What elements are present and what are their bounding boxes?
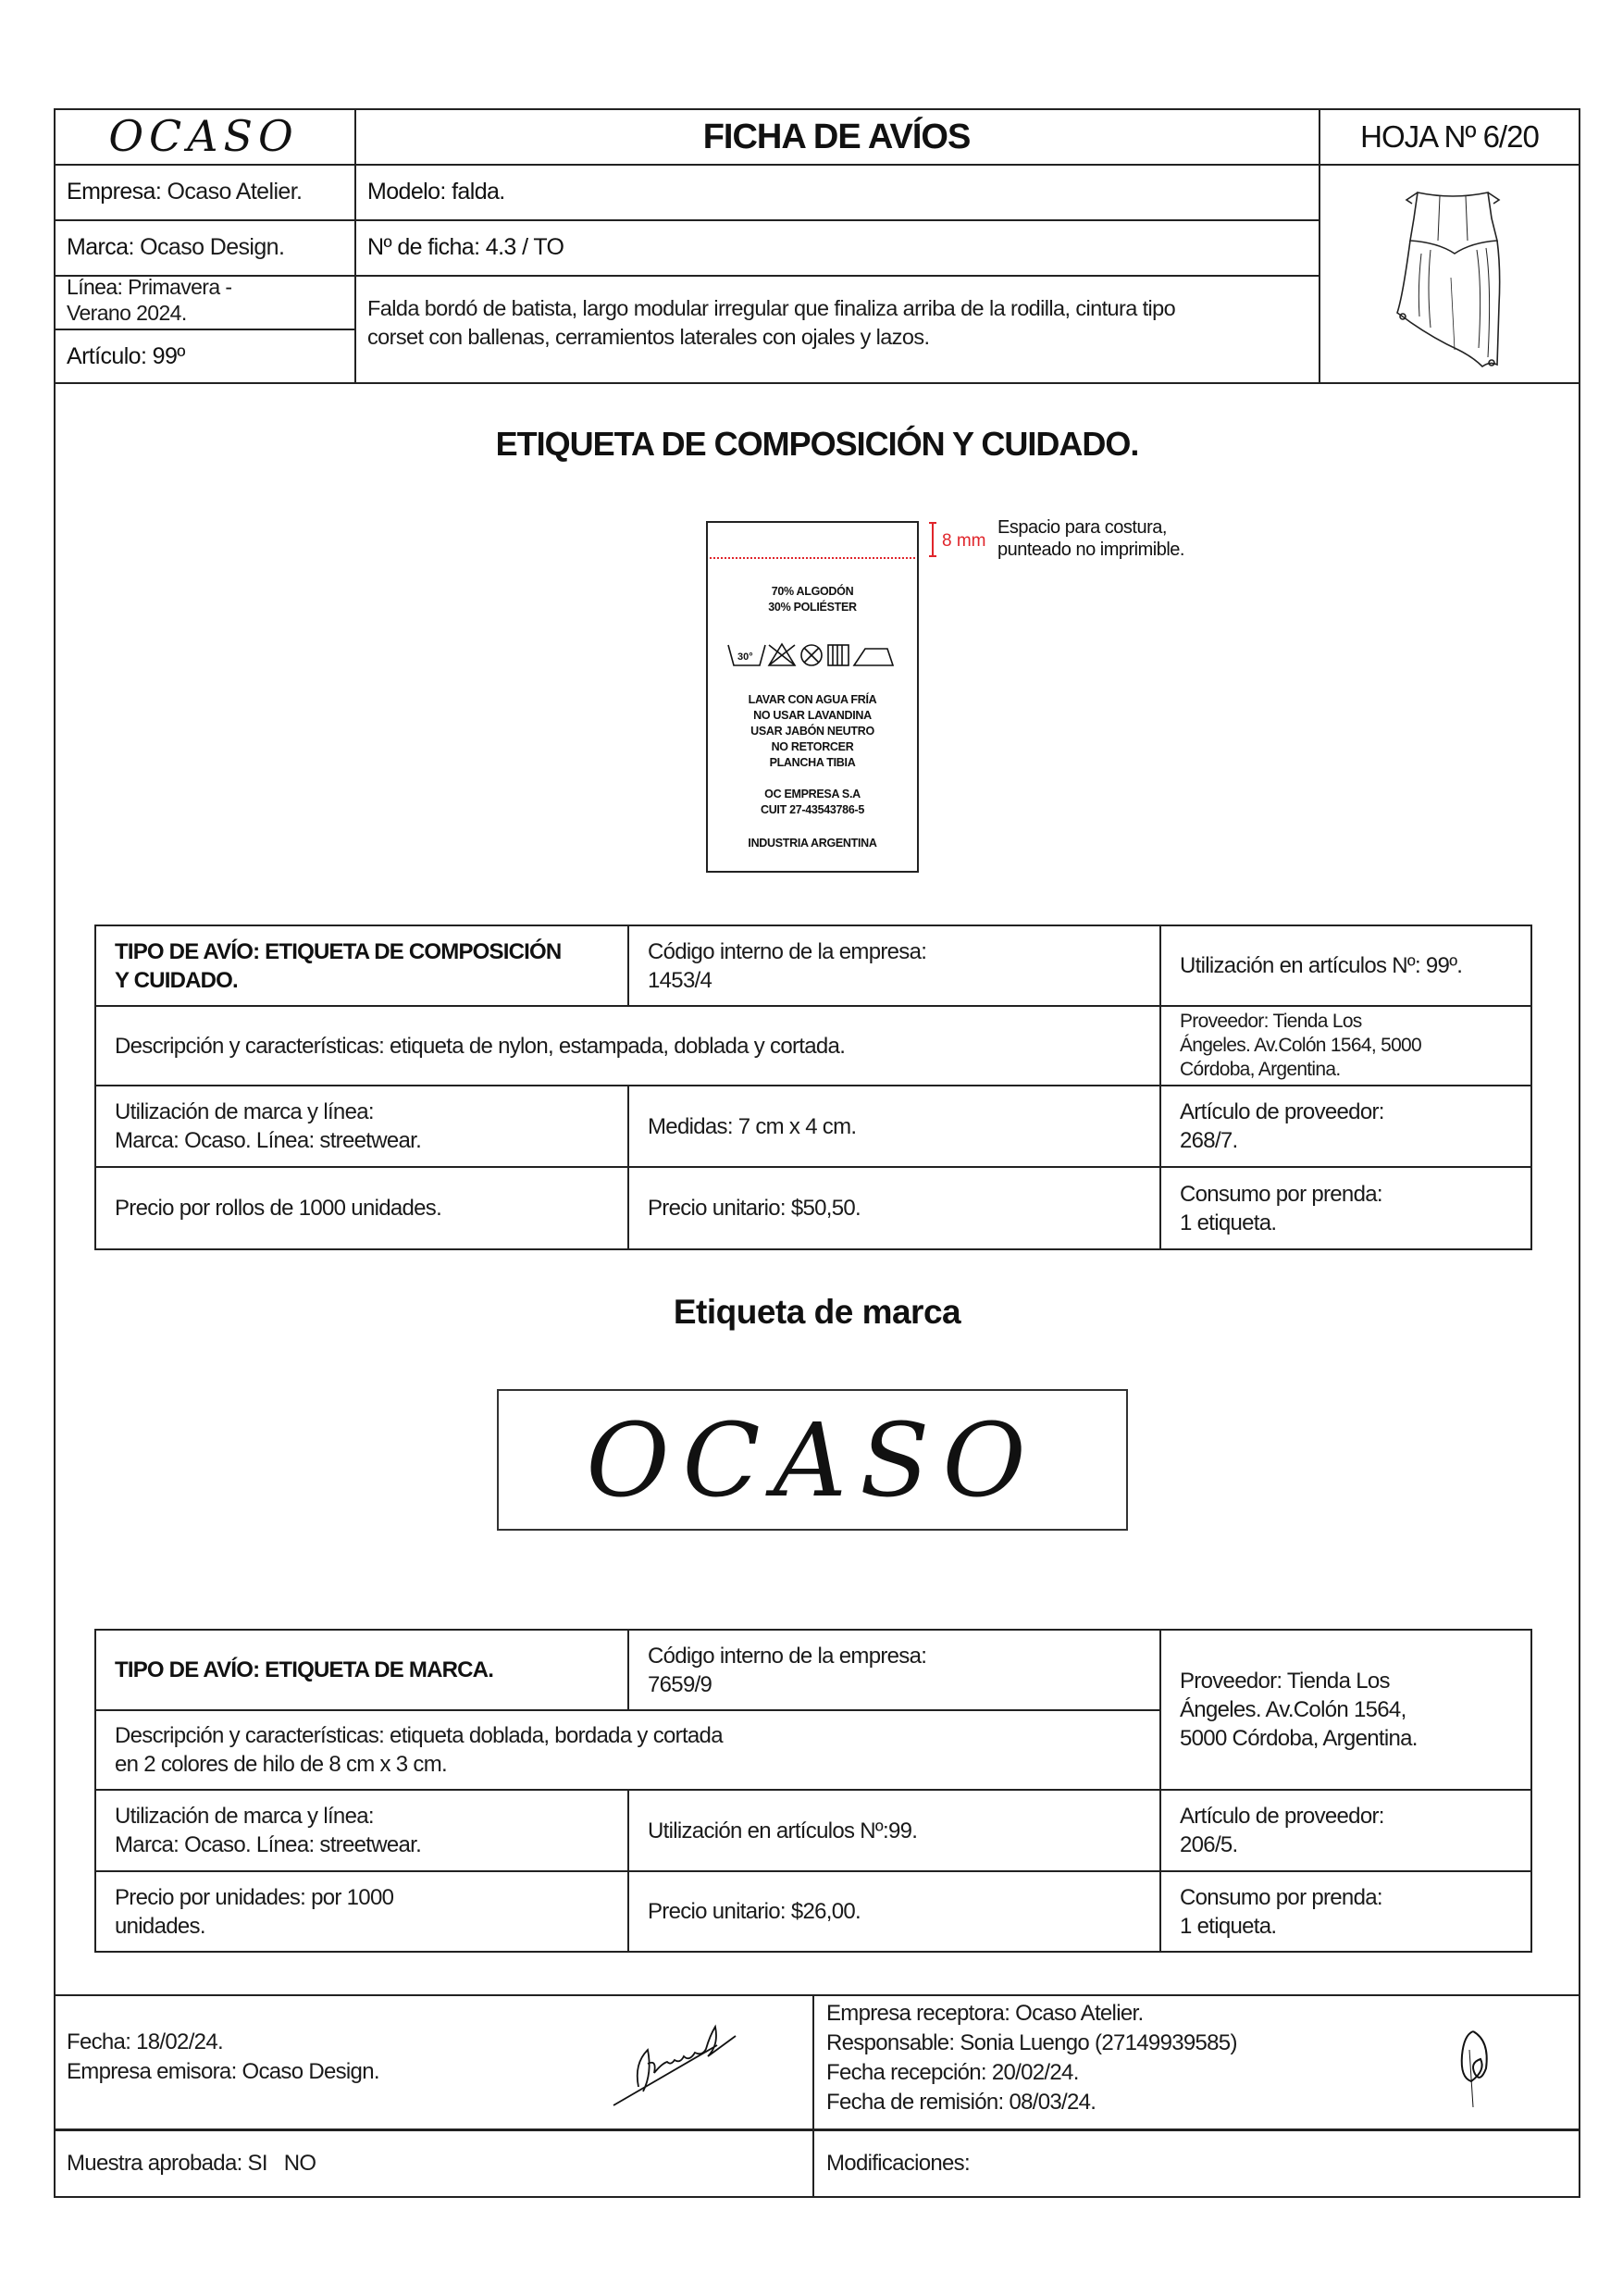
- issuer-signature-icon: [606, 2008, 745, 2110]
- care-section-title: ETIQUETA DE COMPOSICIÓN Y CUIDADO.: [54, 421, 1580, 467]
- ficha-field: Nº de ficha: 4.3 / TO: [367, 233, 564, 261]
- marca-value: Ocaso Design.: [140, 234, 284, 260]
- modelo-field: Modelo: falda.: [367, 178, 505, 205]
- seam-measure: 8 mm: [942, 531, 986, 552]
- seam-measure-bracket: [928, 522, 937, 557]
- company-cuit: CUIT 27-43543786-5: [708, 802, 917, 818]
- brand-logo: OCASO: [93, 108, 315, 164]
- articulo-proveedor-cell: Artículo de proveedor:206/5.: [1160, 1790, 1531, 1871]
- care-instruction: PLANCHA TIBIA: [708, 755, 917, 771]
- divider: [54, 164, 1580, 166]
- remission-date: Fecha de remisión: 08/03/24.: [826, 2088, 1237, 2117]
- seam-note: Espacio para costura, punteado no imprim…: [997, 516, 1184, 561]
- origin-text: INDUSTRIA ARGENTINA: [708, 836, 917, 851]
- table-row: Utilización de marca y línea:Marca: Ocas…: [95, 1086, 1531, 1167]
- proveedor-cell: Proveedor: Tienda LosÁngeles. Av.Colón 1…: [1160, 1006, 1531, 1086]
- reception-date: Fecha recepción: 20/02/24.: [826, 2058, 1237, 2088]
- marca-label: Marca:: [67, 234, 134, 260]
- care-symbols: 30°: [726, 641, 902, 669]
- care-instruction: LAVAR CON AGUA FRÍA: [708, 692, 917, 708]
- marca-linea-cell: Utilización de marca y línea:Marca: Ocas…: [95, 1086, 628, 1167]
- linea-field: Línea: Primavera - Verano 2024.: [67, 274, 231, 326]
- linea-label: Línea:: [67, 275, 122, 299]
- composition-line: 30% POLIÉSTER: [708, 600, 917, 615]
- seam-note-line: punteado no imprimible.: [997, 539, 1184, 561]
- precio-cell: Precio por unidades: por 1000unidades.: [95, 1871, 628, 1952]
- codigo-cell: Código interno de la empresa:7659/9: [628, 1630, 1160, 1710]
- description-line: corset con ballenas, cerramientos latera…: [367, 323, 1175, 352]
- linea-value-2: Verano 2024.: [67, 300, 231, 326]
- issuer-info: Fecha: 18/02/24. Empresa emisora: Ocaso …: [67, 2028, 379, 2087]
- precio-unitario-cell: Precio unitario: $26,00.: [628, 1871, 1160, 1952]
- model-description: Falda bordó de batista, largo modular ir…: [367, 294, 1175, 352]
- modifications-field: Modificaciones:: [826, 2149, 970, 2178]
- issuer-company: Empresa emisora: Ocaso Design.: [67, 2057, 379, 2087]
- care-instruction: NO RETORCER: [708, 739, 917, 755]
- care-instruction: NO USAR LAVANDINA: [708, 708, 917, 724]
- precio-cell: Precio por rollos de 1000 unidades.: [95, 1167, 628, 1249]
- care-label-spec-table: TIPO DE AVÍO: ETIQUETA DE COMPOSICIÓNY C…: [94, 925, 1532, 1250]
- precio-unitario-cell: Precio unitario: $50,50.: [628, 1167, 1160, 1249]
- wash-30-icon: 30°: [728, 645, 765, 665]
- divider: [54, 275, 1319, 277]
- svg-text:30°: 30°: [737, 652, 753, 663]
- divider: [54, 382, 1580, 384]
- divider: [354, 219, 1319, 221]
- linea-value: Primavera -: [128, 275, 231, 299]
- receiver-info: Empresa receptora: Ocaso Atelier. Respon…: [826, 1999, 1237, 2117]
- brand-section-title: Etiqueta de marca: [54, 1289, 1580, 1335]
- codigo-cell: Código interno de la empresa:1453/4: [628, 925, 1160, 1006]
- consumo-cell: Consumo por prenda:1 etiqueta.: [1160, 1167, 1531, 1249]
- table-row: Precio por unidades: por 1000unidades. P…: [95, 1871, 1531, 1952]
- line-dry-icon: [828, 645, 849, 665]
- brand-label-text: OCASO: [499, 1391, 1126, 1529]
- marca-field: Marca: Ocaso Design.: [67, 233, 284, 261]
- divider: [54, 329, 354, 330]
- table-row: TIPO DE AVÍO: ETIQUETA DE COMPOSICIÓNY C…: [95, 925, 1531, 1006]
- seam-note-line: Espacio para costura,: [997, 516, 1184, 539]
- divider: [812, 1994, 814, 2198]
- medidas-cell: Medidas: 7 cm x 4 cm.: [628, 1086, 1160, 1167]
- marca-linea-cell: Utilización de marca y línea:Marca: Ocas…: [95, 1790, 628, 1871]
- empresa-label: Empresa:: [67, 179, 161, 205]
- sheet-number: HOJA Nº 6/20: [1319, 108, 1580, 164]
- iron-low-icon: [854, 649, 893, 665]
- tipo-avio-cell: TIPO DE AVÍO: ETIQUETA DE COMPOSICIÓNY C…: [95, 925, 628, 1006]
- utilizacion-cell: Utilización en artículos Nº: 99º.: [1160, 925, 1531, 1006]
- care-label: 70% ALGODÓN 30% POLIÉSTER 30°: [706, 521, 919, 873]
- divider: [54, 219, 354, 221]
- utilizacion-cell: Utilización en artículos Nº:99.: [628, 1790, 1160, 1871]
- descripcion-cell: Descripción y características: etiqueta …: [95, 1006, 1160, 1086]
- divider: [54, 1994, 1580, 1996]
- care-instruction: USAR JABÓN NEUTRO: [708, 724, 917, 739]
- descripcion-cell: Descripción y características: etiqueta …: [95, 1710, 1160, 1790]
- receiver-responsible: Responsable: Sonia Luengo (27149939585): [826, 2029, 1237, 2058]
- seam-guide-line: [710, 557, 915, 559]
- divider: [54, 2128, 1580, 2131]
- articulo-field: Artículo: 99º: [67, 342, 185, 370]
- articulo-proveedor-cell: Artículo de proveedor:268/7.: [1160, 1086, 1531, 1167]
- composition-line: 70% ALGODÓN: [708, 584, 917, 600]
- issue-date: Fecha: 18/02/24.: [67, 2028, 379, 2057]
- company-name: OC EMPRESA S.A: [708, 787, 917, 802]
- consumo-cell: Consumo por prenda:1 etiqueta.: [1160, 1871, 1531, 1952]
- brand-label: OCASO: [497, 1389, 1128, 1531]
- table-row: Utilización de marca y línea:Marca: Ocas…: [95, 1790, 1531, 1871]
- no-bleach-icon: [769, 644, 795, 665]
- table-row: TIPO DE AVÍO: ETIQUETA DE MARCA. Código …: [95, 1630, 1531, 1710]
- tipo-avio-cell: TIPO DE AVÍO: ETIQUETA DE MARCA.: [95, 1630, 628, 1710]
- receiver-company: Empresa receptora: Ocaso Atelier.: [826, 1999, 1237, 2029]
- no-tumble-dry-icon: [801, 645, 822, 665]
- page-title: FICHA DE AVÍOS: [354, 108, 1319, 164]
- sample-approved-field: Muestra aprobada: SI NO: [67, 2149, 316, 2178]
- receiver-signature-icon: [1453, 2022, 1499, 2115]
- empresa-value: Ocaso Atelier.: [167, 179, 303, 205]
- brand-label-spec-table: TIPO DE AVÍO: ETIQUETA DE MARCA. Código …: [94, 1629, 1532, 1953]
- table-row: Descripción y características: etiqueta …: [95, 1006, 1531, 1086]
- proveedor-cell: Proveedor: Tienda LosÁngeles. Av.Colón 1…: [1160, 1630, 1531, 1790]
- table-row: Precio por rollos de 1000 unidades. Prec…: [95, 1167, 1531, 1249]
- empresa-field: Empresa: Ocaso Atelier.: [67, 178, 302, 205]
- skirt-sketch-icon: [1369, 176, 1536, 370]
- description-line: Falda bordó de batista, largo modular ir…: [367, 294, 1175, 323]
